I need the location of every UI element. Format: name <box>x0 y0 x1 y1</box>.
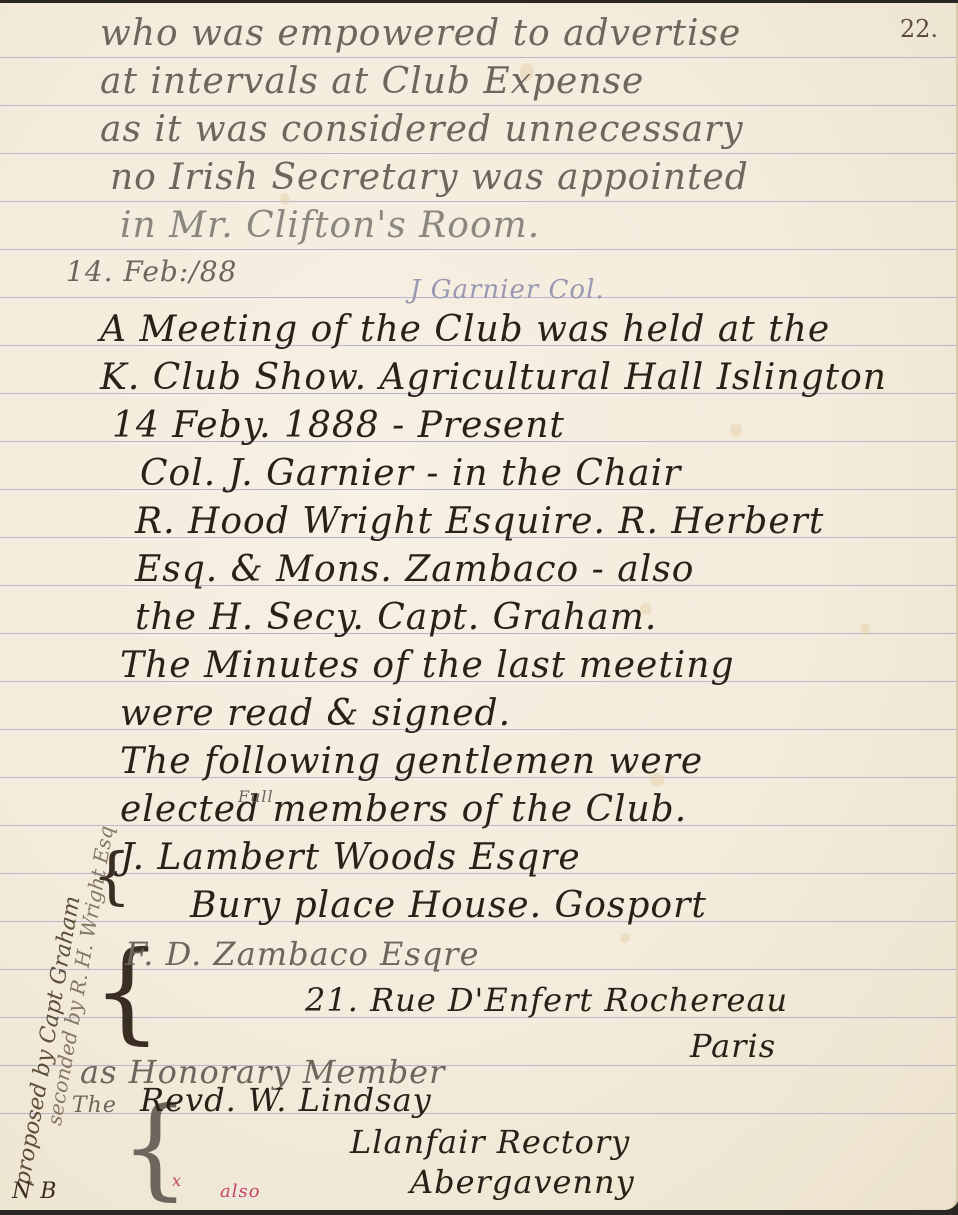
member-address: 21. Rue D'Enfert Rochereau <box>305 981 788 1019</box>
minutes-line: The following gentlemen were <box>120 741 703 782</box>
minutes-line: the H. Secy. Capt. Graham. <box>135 597 657 638</box>
minutes-line: were read & signed. <box>120 693 511 734</box>
nb-mark: N B <box>12 1179 57 1204</box>
continuation-line: who was empowered to advertise <box>100 13 741 54</box>
minutes-line: A Meeting of the Club was held at the <box>100 309 830 350</box>
minutes-line: R. Hood Wright Esquire. R. Herbert <box>135 501 824 542</box>
minutes-line: 14 Feby. 1888 - Present <box>112 405 565 446</box>
pencil-signature: J Garnier Col. <box>410 275 605 305</box>
date-heading: 14. Feb:/88 <box>66 255 237 288</box>
rule-line <box>0 105 956 106</box>
honorary-prefix: The <box>72 1093 117 1118</box>
member-city: Paris <box>690 1027 776 1065</box>
minutes-line: Esq. & Mons. Zambaco - also <box>135 549 694 590</box>
minutes-line: Col. J. Garnier - in the Chair <box>140 453 681 494</box>
continuation-line: in Mr. Clifton's Room. <box>120 205 540 246</box>
continuation-line: no Irish Secretary was appointed <box>110 157 749 198</box>
member-name: F. D. Zambaco Esqre <box>125 935 480 973</box>
honorary-name: Revd. W. Lindsay <box>140 1081 432 1119</box>
continuation-line: at intervals at Club Expense <box>100 61 644 102</box>
minutes-line: K. Club Show. Agricultural Hall Islingto… <box>100 357 887 398</box>
red-cross-mark: x <box>172 1171 182 1190</box>
honorary-address: Abergavenny <box>410 1163 635 1201</box>
continuation-line: as it was considered unnecessary <box>100 109 744 150</box>
rule-line <box>0 201 956 202</box>
member-address: Bury place House. Gosport <box>190 885 707 926</box>
minutes-line: The Minutes of the last meeting <box>120 645 735 686</box>
rule-line <box>0 153 956 154</box>
honorary-address: Llanfair Rectory <box>350 1123 630 1161</box>
red-also-note: also <box>220 1181 261 1202</box>
page-number: 22. <box>900 15 938 43</box>
ledger-page: 22. who was empowered to advertise at in… <box>0 3 958 1210</box>
minutes-line: elected members of the Club. <box>120 789 687 830</box>
rule-line <box>0 249 956 250</box>
insertion-full: Full <box>238 787 274 806</box>
rule-line <box>0 57 956 58</box>
member-name: J. Lambert Woods Esqre <box>120 837 581 878</box>
